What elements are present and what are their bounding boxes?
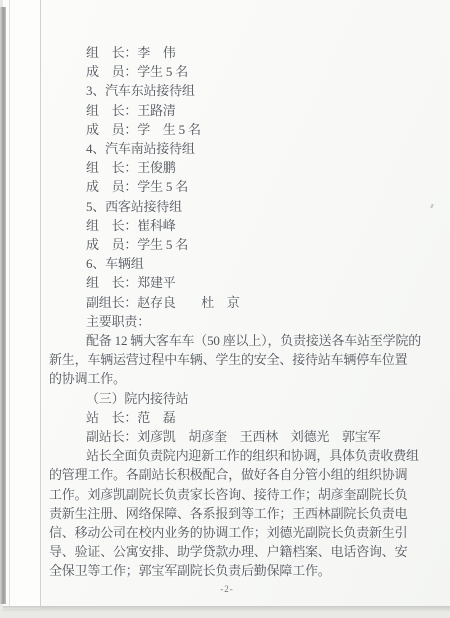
scan-edge-shadow [0,7,6,604]
text-line: 配备 12 辆大客车车（50 座以上），负责接送各车站至学院的 [86,331,413,350]
text-line: 的协调工作。 [49,369,413,388]
text-line: 副站长：刘彦凯 胡彦奎 王西林 刘德光 郭宝军 [86,427,413,446]
page-bottom-shadow [3,606,450,612]
text-line: 副组长：赵存良 杜 京 [86,293,413,312]
text-line: 责新生注册、网络保障、各系报到等工作；王西林副院长负责电 [49,504,413,523]
text-line: 组 长：崔科峰 [86,216,413,235]
text-line: 成 员：学生 5 名 [86,235,413,254]
text-line: 信、移动公司在校内业务的协调工作；刘德光副院长负责新生引 [49,523,413,542]
text-line: 成 员：学 生 5 名 [86,120,413,139]
text-line: 组 长：李 伟 [86,43,413,62]
page-number: -2- [49,584,405,594]
text-line: 导、验证、公寓安排、助学贷款办理、户籍档案、电话咨询、安 [49,542,413,561]
text-line: 6、车辆组 [86,254,413,273]
document-body: 组 长：李 伟 成 员：学生 5 名 3、汽车东站接待组 组 长：王路清 成 员… [49,0,413,594]
text-line: 站长全面负责院内迎新工作的组织和协调，具体负责收费组 [86,446,413,465]
scanned-document: 组 长：李 伟 成 员：学生 5 名 3、汽车东站接待组 组 长：王路清 成 员… [0,0,450,618]
scan-speck [430,204,434,208]
text-line: 工作。刘彦凯副院长负责家长咨询、接待工作；胡彦奎副院长负 [49,485,413,504]
text-line: 全保卫等工作；郭宝军副院长负责后勤保障工作。 [49,561,413,580]
text-line: 组 长：王俊鹏 [86,158,413,177]
text-line: 主要职责： [86,312,413,331]
text-line: 组 长：王路清 [86,101,413,120]
text-line: 3、汽车东站接待组 [86,81,413,100]
text-line: 的管理工作。各副站长积极配合，做好各自分管小组的组织协调 [49,465,413,484]
scan-sheet-edge-line [9,0,10,606]
document-page: 组 长：李 伟 成 员：学生 5 名 3、汽车东站接待组 组 长：王路清 成 员… [40,0,450,606]
text-line: 成 员：学生 5 名 [86,62,413,81]
text-line: 4、汽车南站接待组 [86,139,413,158]
section-heading: （三）院内接待站 [86,389,413,408]
text-line: 组 长：郑建平 [86,273,413,292]
text-line: 站 长：范 磊 [86,408,413,427]
text-line: 成 员：学生 5 名 [86,177,413,196]
text-line: 5、西客站接待组 [86,197,413,216]
text-line: 新生，车辆运营过程中车辆、学生的安全、接待站车辆停车位置 [49,350,413,369]
